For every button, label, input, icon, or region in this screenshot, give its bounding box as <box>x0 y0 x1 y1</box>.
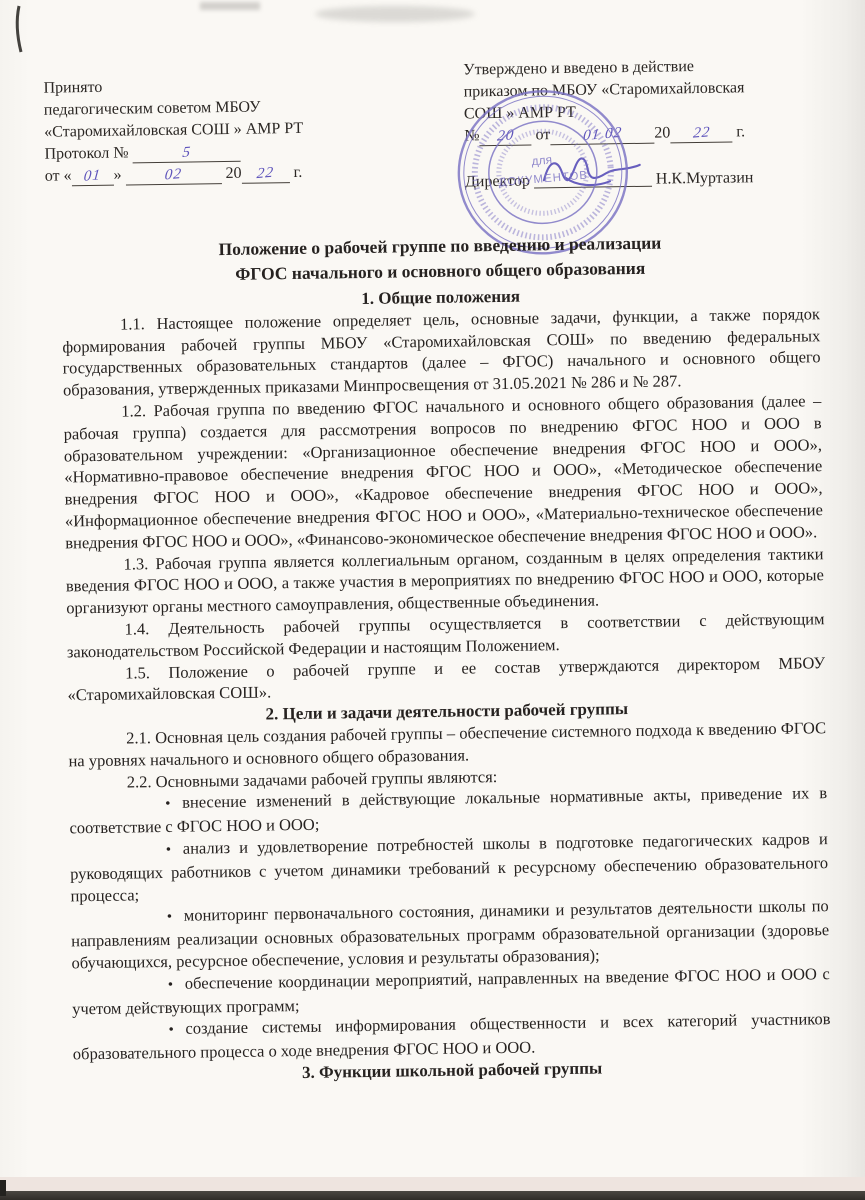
order-number-line: №20 от01 022022 г. <box>464 120 849 148</box>
scan-edge-light-strip <box>0 1177 865 1191</box>
order-date-field: 01 02 <box>550 126 654 146</box>
signature-field <box>534 169 652 189</box>
paragraph: 1.3. Рабочая группа является коллегиальн… <box>65 543 824 620</box>
year-field: 22 <box>241 165 289 184</box>
director-name: Н.К.Муртазин <box>656 169 754 187</box>
document-title: Положение о рабочей группе по введению и… <box>61 228 820 289</box>
date-close-label: » <box>113 167 121 184</box>
year-suffix: г. <box>293 164 302 181</box>
month-field: 02 <box>125 166 221 185</box>
order-year-field: 22 <box>670 124 732 143</box>
protocol-number-field: 5 <box>133 144 241 164</box>
scan-edge-corner <box>0 1180 6 1196</box>
paragraph: 1.1. Настоящее положение определяет цель… <box>62 303 821 401</box>
order-year-prefix: 20 <box>654 124 670 141</box>
approval-block-right: Утверждено и введено в действие приказом… <box>463 54 850 194</box>
order-year-value: 22 <box>692 121 711 144</box>
order-year-suffix: г. <box>736 123 745 140</box>
document-main: Положение о рабочей группе по введению и… <box>61 228 831 1087</box>
director-label: Директор <box>465 173 530 191</box>
bullet-icon: • <box>120 1020 185 1043</box>
bullet-item: •мониторинг первоначального состояния, д… <box>71 895 830 974</box>
day-value: 01 <box>83 164 102 187</box>
order-from-label: от <box>535 126 550 143</box>
scan-edge-dark-strip <box>0 1191 865 1200</box>
order-no-field: 20 <box>479 127 531 146</box>
bullet-icon: • <box>118 840 183 863</box>
protocol-date-line: от «01» 02 2022 г. <box>45 160 425 188</box>
order-no-label: № <box>464 127 480 144</box>
year-prefix: 20 <box>225 165 241 182</box>
document-body: 1. Общие положения1.1. Настоящее положен… <box>62 281 832 1087</box>
bullet-icon: • <box>117 794 182 817</box>
order-date-value: 01 02 <box>582 122 623 147</box>
bullet-item: •анализ и удовлетворение потребностей шк… <box>70 828 829 907</box>
month-value: 02 <box>164 163 183 186</box>
year-value: 22 <box>256 162 275 185</box>
bullet-icon: • <box>119 907 184 930</box>
protocol-number-value: 5 <box>181 141 192 164</box>
order-no-value: 20 <box>496 124 515 147</box>
approval-block-left: Принято педагогическим советом МБОУ «Ста… <box>43 72 425 188</box>
day-field: 01 <box>71 168 113 187</box>
scanned-document-page: Принято педагогическим советом МБОУ «Ста… <box>0 0 865 1200</box>
document-content: Принято педагогическим советом МБОУ «Ста… <box>0 0 865 1200</box>
protocol-label: Протокол № <box>44 144 128 162</box>
paragraph: 1.2. Рабочая группа по введению ФГОС нач… <box>63 390 823 554</box>
date-open-label: от « <box>45 167 72 184</box>
director-signature <box>535 147 648 191</box>
bullet-icon: • <box>120 974 185 997</box>
director-line: Директор Н.К.Муртазин <box>465 166 850 194</box>
